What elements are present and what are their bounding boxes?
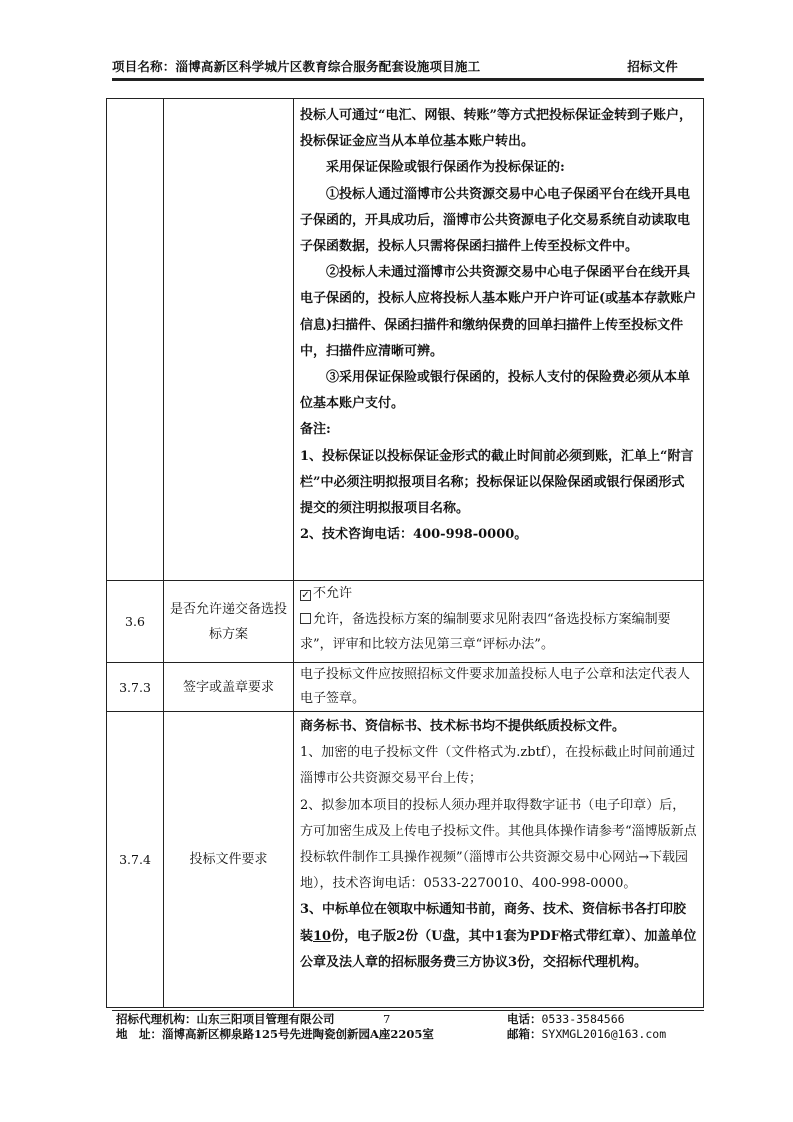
paragraph: ③采用保证保险或银行保函的，投标人支付的保险费必须从本单位基本账户支付。 [300, 365, 697, 417]
paragraph: 3、中标单位在领取中标通知书前，商务、技术、资信标书各打印胶装10份，电子版2份… [300, 897, 697, 976]
email-info: 邮箱：SYXMGL2016@163.com [507, 1027, 666, 1042]
table-row: 投标人可通过“电汇、网银、转账”等方式把投标保证金转到子账户，投标保证金应当从本… [107, 99, 703, 580]
clause-item [164, 99, 294, 580]
copies-count: 10 [313, 929, 331, 944]
clause-item: 投标文件要求 [164, 712, 294, 1007]
clause-item: 签字或盖章要求 [164, 663, 294, 711]
document-type: 招标文件 [627, 57, 678, 75]
clause-number: 3.6 [107, 581, 164, 662]
table-row: 3.6 是否允许递交备选投标方案 ✓不允许 允许，备选投标方案的编制要求见附表四… [107, 580, 703, 662]
paragraph: 1、投标保证以投标保证金形式的截止时间前必须到账，汇单上“附言栏”中必须注明拟报… [300, 444, 697, 523]
clause-number [107, 99, 164, 580]
address-info: 地 址：淄博高新区柳泉路125号先进陶瓷创新园A座2205室 [116, 1027, 434, 1042]
header-divider [112, 78, 704, 81]
note-heading: 备注: [300, 417, 697, 443]
table-row: 3.7.4 投标文件要求 商务标书、资信标书、技术标书均不提供纸质投标文件。 1… [107, 711, 703, 1007]
paragraph: ①投标人通过淄博市公共资源交易中心电子保函平台在线开具电子保函的，开具成功后，淄… [300, 182, 697, 261]
checkbox-checked-icon: ✓ [300, 590, 311, 601]
paragraph: 电子投标文件应按照招标文件要求加盖投标人电子公章和法定代表人电子签章。 [300, 663, 697, 711]
checkbox-unchecked-icon [300, 613, 311, 624]
clause-content: 商务标书、资信标书、技术标书均不提供纸质投标文件。 1、加密的电子投标文件（文件… [294, 712, 703, 1007]
clause-content: 投标人可通过“电汇、网银、转账”等方式把投标保证金转到子账户，投标保证金应当从本… [294, 99, 703, 580]
clause-number: 3.7.4 [107, 712, 164, 1007]
page-number: 7 [383, 1012, 390, 1027]
clause-content: ✓不允许 允许，备选投标方案的编制要求见附表四“备选投标方案编制要求”，评审和比… [294, 581, 703, 662]
paragraph: 投标人可通过“电汇、网银、转账”等方式把投标保证金转到子账户，投标保证金应当从本… [300, 103, 697, 155]
agency-info: 招标代理机构：山东三阳项目管理有限公司 [116, 1012, 335, 1027]
project-title: 项目名称：淄博高新区科学城片区教育综合服务配套设施项目施工 [112, 57, 480, 75]
clause-content: 电子投标文件应按照招标文件要求加盖投标人电子公章和法定代表人电子签章。 [294, 663, 703, 711]
option-not-allowed: ✓不允许 [300, 581, 697, 607]
paragraph: 采用保证保险或银行保函作为投标保证的: [300, 155, 697, 181]
bid-info-table: 投标人可通过“电汇、网银、转账”等方式把投标保证金转到子账户，投标保证金应当从本… [106, 98, 704, 1008]
paragraph: 1、加密的电子投标文件（文件格式为.zbtf），在投标截止时间前通过淄博市公共资… [300, 740, 697, 792]
page-footer: 招标代理机构：山东三阳项目管理有限公司 7 电话：0533-3584566 地 … [116, 1012, 706, 1042]
paragraph: 2、拟参加本项目的投标人须办理并取得数字证书（电子印章）后，方可加密生成及上传电… [300, 793, 697, 898]
footer-divider [112, 1010, 704, 1011]
page-header: 项目名称：淄博高新区科学城片区教育综合服务配套设施项目施工 招标文件 [112, 55, 704, 75]
clause-item: 是否允许递交备选投标方案 [164, 581, 294, 662]
table-row: 3.7.3 签字或盖章要求 电子投标文件应按照招标文件要求加盖投标人电子公章和法… [107, 662, 703, 711]
paragraph: 商务标书、资信标书、技术标书均不提供纸质投标文件。 [300, 714, 697, 740]
clause-number: 3.7.3 [107, 663, 164, 711]
option-allowed: 允许，备选投标方案的编制要求见附表四“备选投标方案编制要求”，评审和比较方法见第… [300, 607, 697, 658]
paragraph: ②投标人未通过淄博市公共资源交易中心电子保函平台在线开具电子保函的，投标人应将投… [300, 260, 697, 365]
phone-info: 电话：0533-3584566 [507, 1012, 625, 1027]
paragraph: 2、技术咨询电话：400-998-0000。 [300, 522, 697, 548]
